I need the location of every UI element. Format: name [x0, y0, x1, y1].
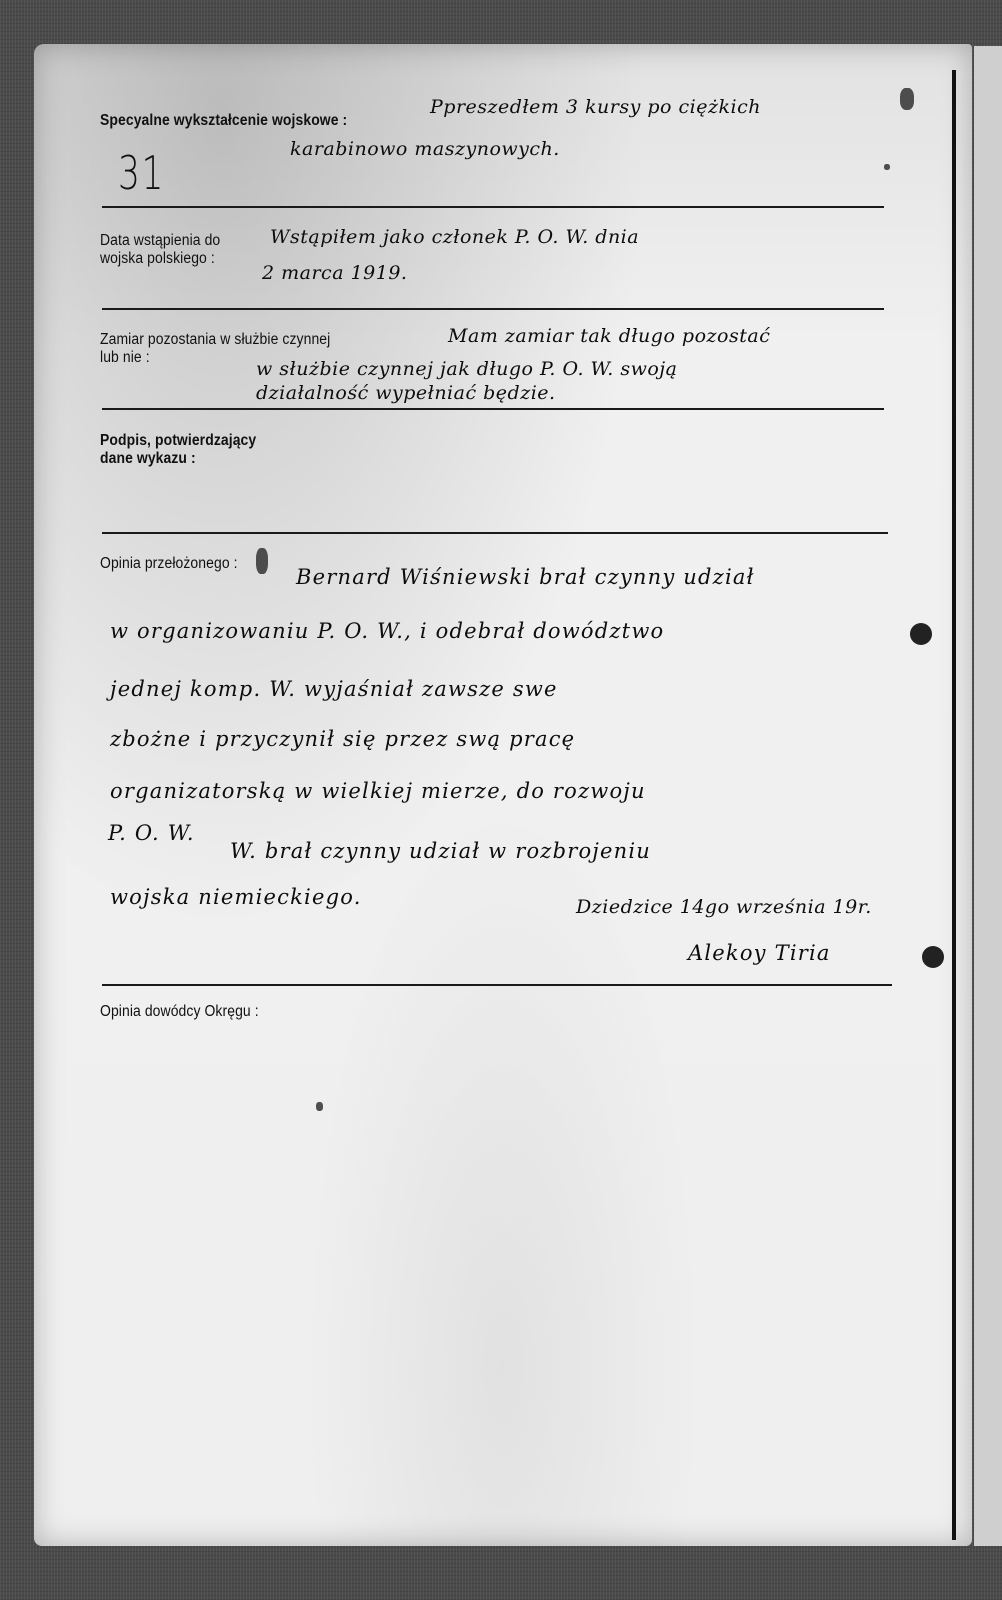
opinion-line-3: jednej komp. W. wyjaśniał zawsze swe [110, 678, 558, 700]
label-superior-opinion: Opinia przełożonego : [100, 555, 238, 573]
opinion-line-6: P. O. W. [108, 822, 195, 844]
label-district-commander-opinion: Opinia dowódcy Okręgu : [100, 1003, 259, 1021]
ink-blot [884, 164, 890, 170]
section-divider [102, 308, 884, 310]
section-divider [102, 984, 892, 986]
section-divider [102, 206, 884, 208]
entry-enlistment-line-2: 2 marca 1919. [262, 262, 407, 284]
label-special-education: Specyalne wykształcenie wojskowe : [100, 112, 347, 130]
page-fold-line [952, 70, 956, 1540]
entry-intention-line-1: Mam zamiar tak długo pozostać [448, 325, 770, 347]
section-divider [102, 408, 884, 410]
punch-hole [910, 623, 932, 645]
opinion-line-1: Bernard Wiśniewski brał czynny udział [296, 566, 755, 588]
entry-intention-line-3: działalność wypełniać będzie. [256, 382, 556, 404]
entry-special-education-line-2: karabinowo maszynowych. [290, 138, 560, 160]
label-signature-confirming-2: dane wykazu : [100, 450, 196, 468]
label-enlistment-date-2: wojska polskiego : [100, 250, 215, 268]
page-number: 31 [118, 146, 165, 200]
opinion-signature: Alekoy Tiria [688, 942, 831, 964]
label-service-intention-1: Zamiar pozostania w służbie czynnej [100, 331, 330, 349]
punch-hole [922, 946, 944, 968]
opinion-line-7: W. brał czynny udział w rozbrojeniu [230, 840, 651, 862]
label-service-intention-2: lub nie : [100, 349, 150, 367]
label-enlistment-date-1: Data wstąpienia do [100, 232, 220, 250]
ink-blot [316, 1102, 323, 1111]
ink-blot [900, 88, 914, 110]
opinion-line-2: w organizowaniu P. O. W., i odebrał dowó… [110, 620, 664, 642]
opinion-line-5: organizatorską w wielkiej mierze, do roz… [110, 780, 646, 802]
adjacent-page-edge [974, 46, 1002, 1546]
opinion-place-date: Dziedzice 14go września 19r. [576, 896, 872, 918]
entry-special-education-line-1: Ppreszedłem 3 kursy po ciężkich [430, 96, 761, 118]
entry-intention-line-2: w służbie czynnej jak długo P. O. W. swo… [256, 358, 678, 380]
opinion-line-8: wojska niemieckiego. [110, 886, 362, 908]
opinion-line-4: zbożne i przyczynił się przez swą pracę [110, 728, 575, 750]
section-divider [102, 532, 888, 534]
entry-enlistment-line-1: Wstąpiłem jako członek P. O. W. dnia [270, 226, 639, 248]
label-signature-confirming-1: Podpis, potwierdzający [100, 432, 256, 450]
ink-blot [256, 548, 268, 574]
